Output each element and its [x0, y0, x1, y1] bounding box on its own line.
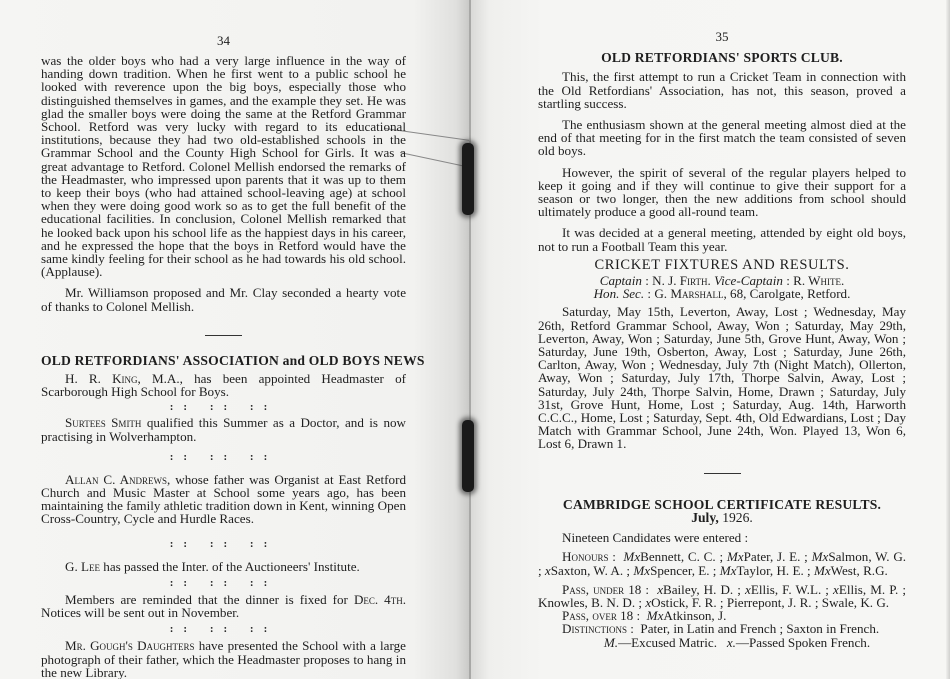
- fixtures-list: Saturday, May 15th, Leverton, Away, Lost…: [538, 305, 906, 450]
- cricket-heading: CRICKET FIXTURES AND RESULTS.: [538, 259, 906, 272]
- separator: :: :: ::: [41, 451, 406, 463]
- page-number: 35: [538, 30, 906, 43]
- paragraph: This, the first attempt to run a Cricket…: [538, 70, 906, 110]
- continued-paragraph: was the older boys who had a very large …: [41, 54, 406, 278]
- hon-sec-name: G. Marshall,: [654, 286, 726, 301]
- news-item: H. R. King, M.A., has been appointed Hea…: [41, 372, 406, 398]
- section-heading: OLD RETFORDIANS' ASSOCIATION and OLD BOY…: [41, 354, 406, 367]
- dinner-date: Dec. 4th.: [354, 592, 406, 607]
- separator: :: :: ::: [41, 577, 406, 589]
- paragraph: However, the spirit of several of the re…: [538, 166, 906, 219]
- page-number: 34: [41, 34, 406, 47]
- separator: :: :: ::: [41, 401, 406, 413]
- paragraph: It was decided at a general meeting, att…: [538, 226, 906, 252]
- certificate-date: July, 1926.: [538, 511, 906, 524]
- honours-list: Honours : MxBennett, C. C. ; MxPater, J.…: [538, 550, 906, 576]
- news-item: Mr. Gough's Daughters have presented the…: [41, 639, 406, 679]
- pass-under-18-list: Pass, under 18 : xBailey, H. D. ; xEllis…: [538, 583, 906, 609]
- separator: :: :: ::: [41, 623, 406, 635]
- staple-top: [462, 143, 474, 215]
- sports-club-title: OLD RETFORDIANS' SPORTS CLUB.: [538, 51, 906, 64]
- booklet-spread: 34 was the older boys who had a very lar…: [0, 0, 950, 679]
- hon-sec-line: Hon. Sec. : G. Marshall, 68, Carolgate, …: [538, 287, 906, 300]
- staple-bottom: [462, 420, 474, 492]
- news-item: Surtees Smith qualified this Summer as a…: [41, 416, 406, 442]
- vote-of-thanks-paragraph: Mr. Williamson proposed and Mr. Clay sec…: [41, 286, 406, 312]
- right-page-content: 35 OLD RETFORDIANS' SPORTS CLUB. This, t…: [538, 48, 906, 649]
- news-name: G. Lee: [65, 559, 100, 574]
- key-notes: M.—Excused Matric. x.—Passed Spoken Fren…: [538, 636, 906, 649]
- news-item: Members are reminded that the dinner is …: [41, 593, 406, 619]
- section-rule: [704, 473, 741, 474]
- paragraph: The enthusiasm shown at the general meet…: [538, 118, 906, 158]
- separator: :: :: ::: [41, 538, 406, 550]
- section-rule: [205, 335, 242, 336]
- page-edge: [946, 0, 950, 679]
- left-page-content: 34 was the older boys who had a very lar…: [41, 54, 406, 679]
- news-item: Allan C. Andrews, whose father was Organ…: [41, 473, 406, 526]
- news-item: G. Lee has passed the Inter. of the Auct…: [41, 560, 406, 573]
- candidates-intro: Nineteen Candidates were entered :: [538, 531, 906, 544]
- binding-gutter: [469, 0, 471, 679]
